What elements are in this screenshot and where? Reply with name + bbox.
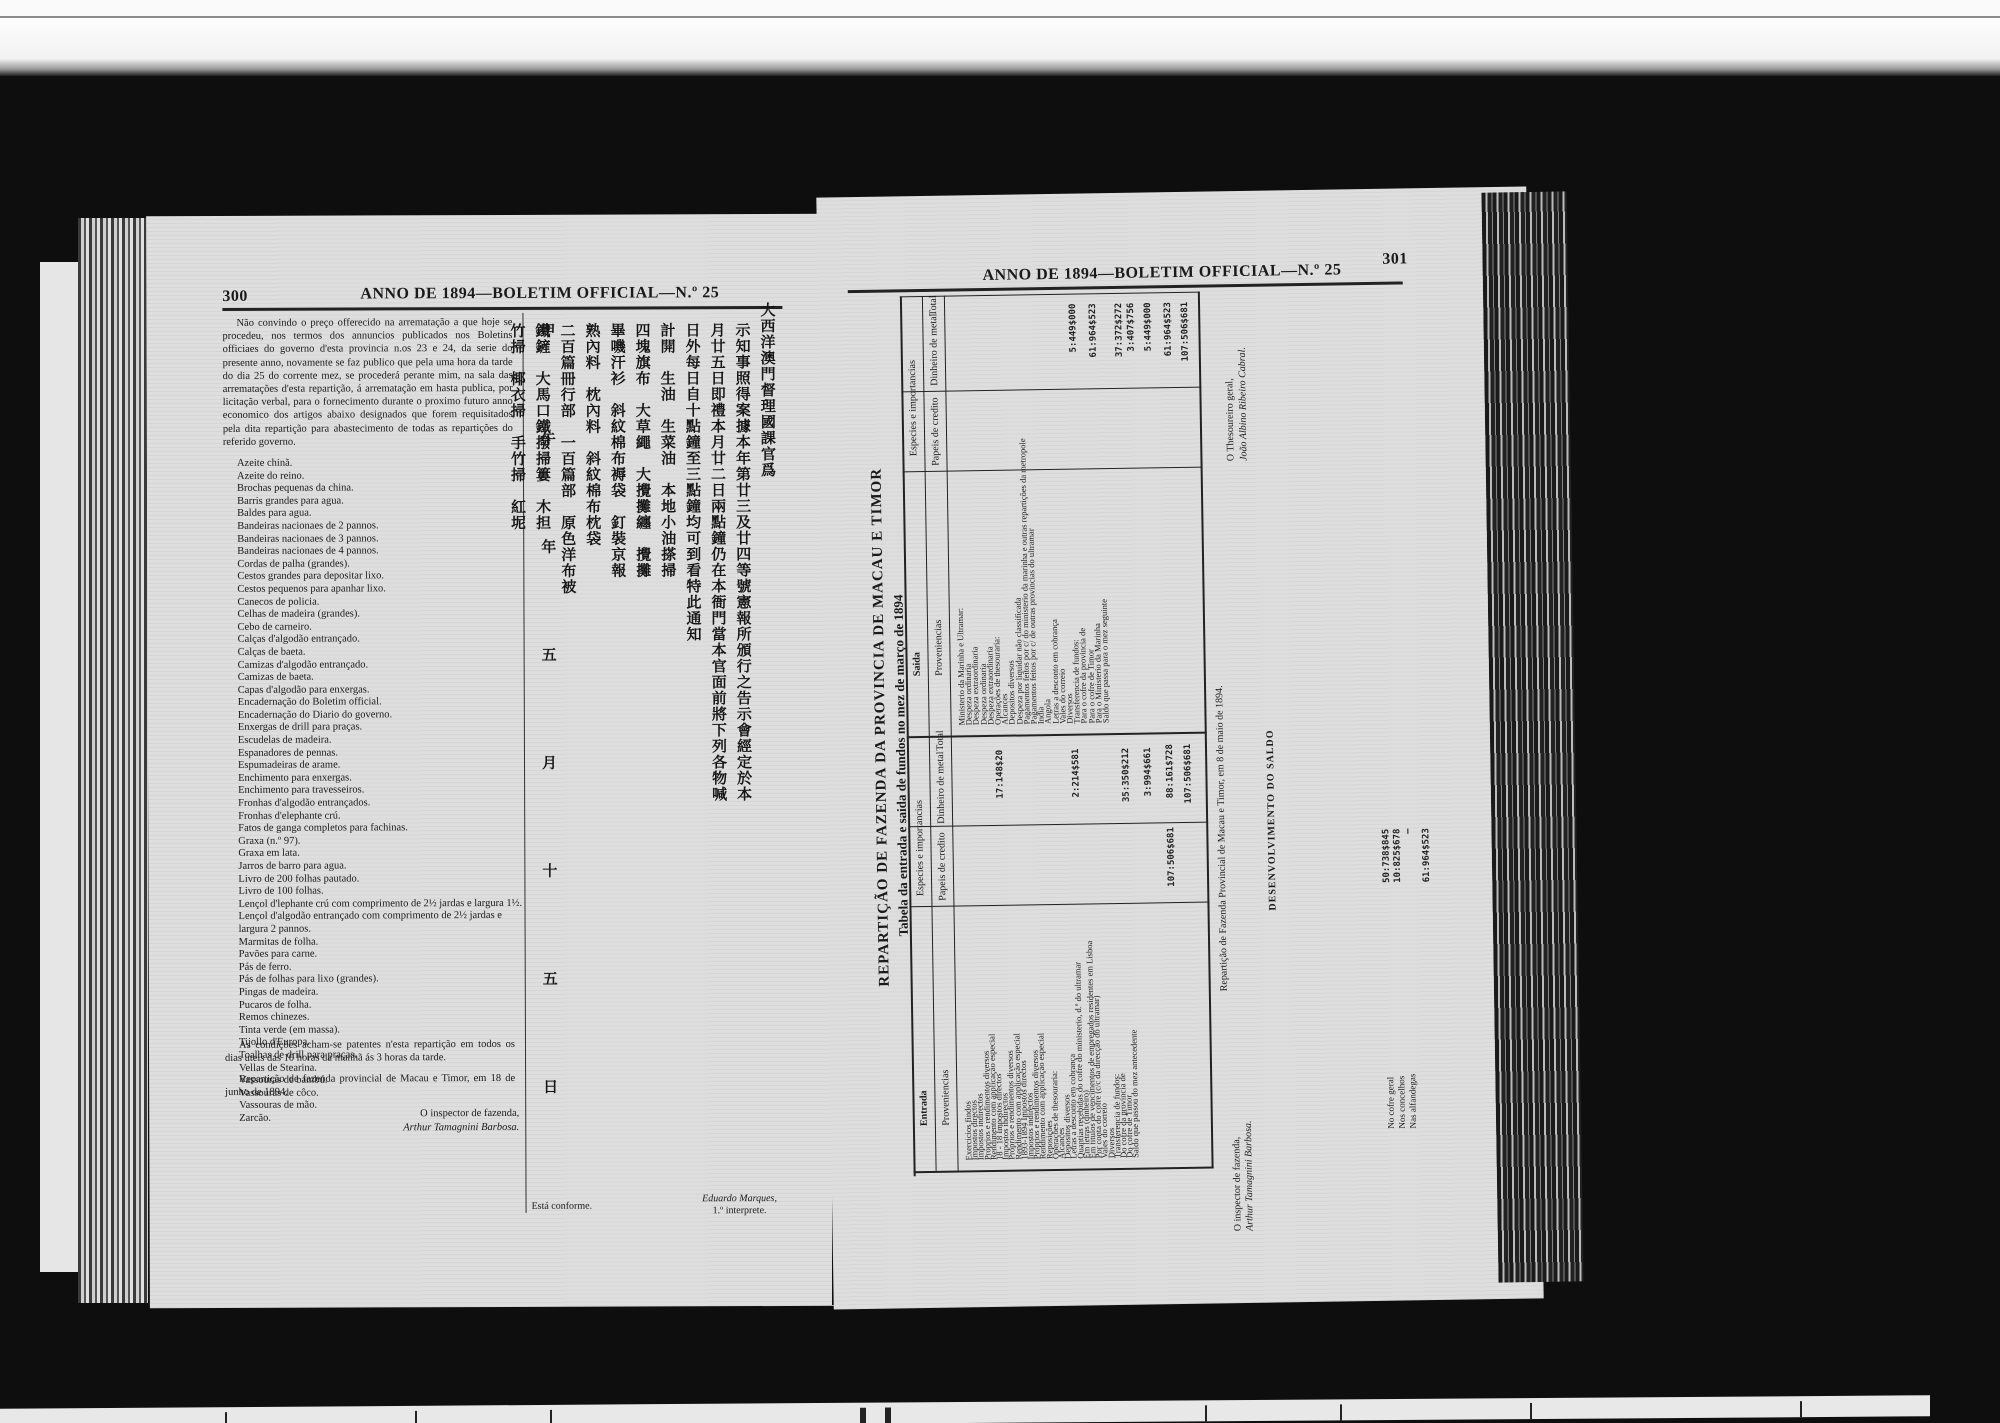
left-page-header: ANNO DE 1894—BOLETIM OFFICIAL—N.º 25 <box>360 284 719 303</box>
list-item: Livro de 200 folhas pautado. <box>238 872 523 886</box>
entrada-rows: Exercicios findosImpostos directosImpost… <box>816 186 1526 197</box>
list-item: Pingas de madeira. <box>239 986 524 1000</box>
chinese-column: 四塊旗布 大草繩 大攪攤纏 攪攤 <box>633 322 653 1202</box>
list-item: Camizas d'algodão entrançado. <box>238 658 523 672</box>
col-dinheiro-entrada: Dinheiro de metal <box>935 751 947 823</box>
chinese-notice: 大西洋澳門督理國課官爲示知事照得案據本年第廿三及廿四等號憲報所頒行之告示會經定於… <box>146 214 836 216</box>
table-row-label: Pagamentos feitos por c/ de outras provi… <box>1026 528 1039 724</box>
saida-ops: 3:407$756 <box>1126 303 1137 352</box>
entry-b: 2:214$581 <box>1071 749 1082 798</box>
conditions-text: As condições acham-se patentes n'esta re… <box>225 1038 515 1065</box>
table-row-label: Saldo que passou do mez antecedente <box>1129 1030 1141 1158</box>
entrada-total-alt: 107:506$681 <box>1166 827 1177 887</box>
interpreter-title: 1.º interprete. <box>670 1204 810 1218</box>
list-item: Cebo de carneiro. <box>238 621 523 635</box>
table-border-right <box>1198 292 1214 1169</box>
list-item: Pás de ferro. <box>239 961 524 975</box>
col-papeis: Papeis de credito <box>929 397 941 465</box>
list-item: Pás de folhas para lixo (grandes). <box>239 973 524 987</box>
col-proveniencias-entrada: Proveniencias <box>940 1070 952 1126</box>
list-item: Bandeiras nacionaes de 2 pannos. <box>237 520 522 534</box>
saldo-value: 50:738$845 <box>1381 829 1392 883</box>
list-item: Fronhas d'algodão entrançados. <box>238 797 523 811</box>
resumo-ops: 35:350$212 <box>1121 748 1132 802</box>
col-papeis-entrada: Papeis de credito <box>936 832 948 900</box>
list-item: Lençol d'lephante crú com comprimento de… <box>238 898 523 912</box>
saida-rows: Ministerio da Marinha e Ultramar:Despeza… <box>816 186 1526 197</box>
right-page-number: 301 <box>1382 250 1408 268</box>
list-item: Graxa (n.º 97). <box>238 835 523 849</box>
list-item: Encadernação do Boletim official. <box>238 696 523 710</box>
list-item: Azeite chinã. <box>237 457 522 471</box>
list-item: Tinta verde (em massa). <box>239 1024 524 1038</box>
list-item: Espanadores de pennas. <box>238 747 523 761</box>
list-item: Pavões para carne. <box>239 948 524 962</box>
list-item: Lençol d'algodão entrançado com comprime… <box>239 910 524 936</box>
page-edge-strip <box>40 262 82 1272</box>
right-place-date: Repartição de Fazenda Provincial de Maca… <box>1214 685 1230 991</box>
col-total: Total <box>928 295 939 316</box>
left-page: 300 ANNO DE 1894—BOLETIM OFFICIAL—N.º 25… <box>146 214 840 1308</box>
col-especies: Especies e importancias <box>907 360 920 456</box>
notice-paragraph: Não convindo o preço offerecido na arrem… <box>222 316 512 449</box>
list-item: Enchimento para travesseiros. <box>238 784 523 798</box>
transfer-value: 5:449$000 <box>1068 304 1079 353</box>
list-item: Calças de baeta. <box>238 646 523 660</box>
saida-pag: 37:372$272 <box>1114 303 1125 357</box>
left-book-edge <box>78 218 148 1303</box>
table-title: REPARTIÇÃO DE FAZENDA DA PROVINCIA DE MA… <box>869 468 894 987</box>
signature-name: Arthur Tamagnini Barbosa. <box>309 1121 519 1135</box>
right-page-header: ANNO DE 1894—BOLETIM OFFICIAL—N.º 25 <box>982 261 1341 285</box>
col-saida: Saida <box>911 652 922 676</box>
list-item: Espumadeiras de arame. <box>238 759 523 773</box>
scan-bottom-edge <box>0 1395 1930 1423</box>
col-line <box>901 387 1201 393</box>
place-date: Repartição de fazenda provincial de Maca… <box>225 1072 515 1099</box>
chinese-column: 月廿五日即禮本月廿二日兩點鐘仍在本衙門當本官面前將下列各物喊 <box>708 322 728 1202</box>
header-rule <box>222 306 782 311</box>
list-item: Brochas pequenas da china. <box>237 482 522 496</box>
list-item: Celhas de madeira (grandes). <box>237 608 522 622</box>
treasurer-name: João Albino Ribeiro Cabral. <box>1237 347 1250 461</box>
chinese-column: 二百篇冊行部 一百篇部 原色洋布被 <box>558 323 578 1203</box>
list-item: Barris grandes para agua. <box>237 495 522 509</box>
entry-a: 17:148$20 <box>995 750 1006 799</box>
col-especies-entrada: Especies e importancias <box>914 800 927 896</box>
right-page: ANNO DE 1894—BOLETIM OFFICIAL—N.º 25 301… <box>816 186 1543 1309</box>
list-item: Enxergas de drill para praças. <box>238 721 523 735</box>
saldo-total: 61:964$523 <box>1421 828 1432 882</box>
chinese-column: 竹掃 椰衣掃 手竹掃 紅坭 <box>508 323 528 1203</box>
list-item: Marmitas de folha. <box>239 935 524 949</box>
entrada-total: 107:506$681 <box>1183 744 1194 804</box>
saldo-value: 10:825$678 <box>1392 829 1403 883</box>
saldo-title: DESENVOLVIMENTO DO SALDO <box>1265 729 1279 910</box>
saldo-row-label: Nas alfandegas <box>1407 1074 1418 1129</box>
treasurer-title: O Thesoureiro geral, <box>1224 378 1236 461</box>
chinese-date-column: 甲午年五月十五日 <box>146 214 836 216</box>
col-total-entrada: Total <box>935 730 946 751</box>
items-list: Azeite chinã.Azeite do reino.Brochas peq… <box>237 457 524 1125</box>
col-dinheiro: Dinheiro de metal <box>928 314 940 386</box>
inspector-name: Arthur Tamagnini Barbosa. <box>1243 1120 1256 1231</box>
saldo-value: — <box>1403 828 1413 834</box>
signature-title: O inspector de fazenda, <box>339 1107 519 1121</box>
saldo-row-label: Nos concelhos <box>1396 1076 1407 1129</box>
list-item: Fronhas d'elephante crú. <box>238 810 523 824</box>
col-entrada: Entrada <box>918 1090 930 1126</box>
list-item: Jarros de barro para agua. <box>238 860 523 874</box>
list-item: Bandeiras nacionaes de 3 pannos. <box>237 532 522 546</box>
chinese-column: 熟內料 枕內料 斜紋棉布枕袋 <box>583 323 603 1203</box>
conforme-text: Está conforme. <box>532 1199 652 1213</box>
list-item: Bandeiras nacionaes de 4 pannos. <box>237 545 522 559</box>
list-item: Baldes para agua. <box>237 507 522 521</box>
list-item: Capas d'algodão para enxergas. <box>238 684 523 698</box>
list-item: Cordas de palha (grandes). <box>237 558 522 572</box>
list-item: Camizas de baeta. <box>238 671 523 685</box>
list-item: Graxa em lata. <box>238 847 523 861</box>
scan-top-edge <box>0 18 2000 76</box>
list-item: Pucaros de folha. <box>239 998 524 1012</box>
list-item: Remos chinezes. <box>239 1011 524 1025</box>
col-proveniencias: Proveniencias <box>933 620 945 676</box>
entrada-subtotal: 88:161$728 <box>1165 744 1176 798</box>
chinese-column: 大西洋澳門督理國課官爲 <box>758 302 778 1182</box>
list-item: Encadernação do Diario do governo. <box>238 709 523 723</box>
right-book-edge <box>1481 191 1583 1282</box>
saida-subtotal: 61:964$523 <box>1163 302 1174 356</box>
header-col-line <box>944 296 959 1171</box>
saida-transf: 5:449$000 <box>1143 302 1154 351</box>
chinese-column: 示知事照得案據本年第廿三及廿四等號憲報所頒行之告示會經定於本 <box>733 322 753 1202</box>
list-item: Escudelas de madeira. <box>238 734 523 748</box>
list-item: Livro de 100 folhas. <box>238 885 523 899</box>
saldo-rows: No cofre geralNos concelhosNas alfandega… <box>816 186 1526 197</box>
list-item: Azeite do reino. <box>237 469 522 483</box>
saida-subtotal-alt: 61:964$523 <box>1088 303 1099 357</box>
saida-total: 107:506$681 <box>1180 302 1191 362</box>
table-row-label: Saldo que passa para o mez seguinte <box>1099 599 1111 723</box>
list-item: Calças d'algodão entrançado. <box>238 633 523 647</box>
header-rule <box>848 281 1403 293</box>
list-item: Enchimento para enxergas. <box>238 772 523 786</box>
saldo-row-label: No cofre geral <box>1385 1077 1396 1129</box>
chinese-column: 計開 生油 生菜油 本地小油搽掃 <box>658 322 678 1202</box>
inspector-title: O inspector de fazenda, <box>1231 1137 1243 1232</box>
left-page-number: 300 <box>222 288 248 306</box>
list-item: Canecos de policia. <box>237 595 522 609</box>
resumo-transf: 3:994$661 <box>1143 747 1154 796</box>
chinese-column: 鐵鏟 大馬口鐵撥掃簍 木担 <box>533 323 553 1203</box>
chinese-column: 畢嘰汗衫 斜紋棉布褥袋 釘裝京報 <box>608 323 628 1203</box>
list-item: Fatos de ganga completos para fachinas. <box>238 822 523 836</box>
list-item: Cestos grandes para depositar lixo. <box>237 570 522 584</box>
chinese-column: 日外每日自十點鐘至三點鐘均可到看特此通知 <box>683 322 703 1202</box>
list-item: Cestos pequenos para apanhar lixo. <box>237 583 522 597</box>
